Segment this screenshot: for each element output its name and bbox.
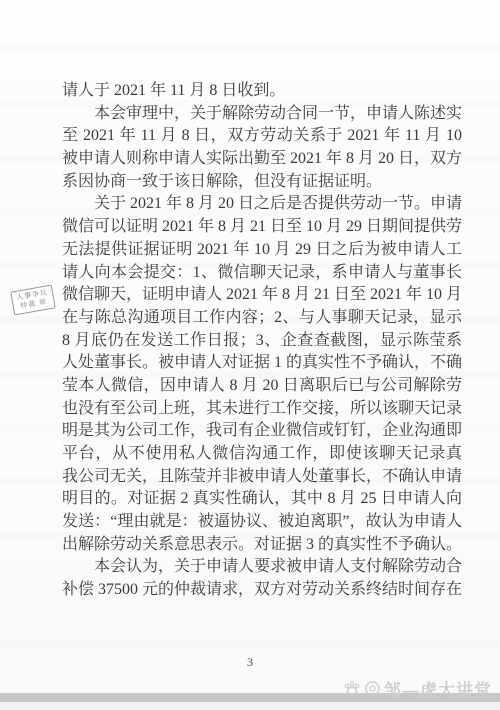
document-line: 系因协商一致于该日解除，但没有证据证明。 <box>62 171 462 194</box>
document-line: 明目的。对证据 2 真实性确认，其中 8 月 25 日申请人向艾晓慧 <box>62 488 462 511</box>
document-line: 请人于 2021 年 11 月 8 日收到。 <box>62 80 462 103</box>
document-line: 人处董事长。被申请人对证据 1 的真实性不予确认，不确认系陈 <box>62 352 462 375</box>
document-line: 被申请人则称申请人实际出勤至 2021 年 8 月 20 日，双方劳动关 <box>62 148 462 171</box>
document-line: 莹本人微信，因申请人 8 月 20 日离职后已与公司解除劳动关系， <box>62 375 462 398</box>
watermark-text: 邹—虎大讲堂 <box>384 676 492 701</box>
page-number: 3 <box>240 655 260 670</box>
scan-edge-margin <box>0 702 500 710</box>
watermark: 邹—虎大讲堂 <box>343 677 492 699</box>
document-line: 出解除劳动关系意思表示。对证据 3 的真实性不予确认。 <box>62 534 462 557</box>
document-line: 发送：“理由就是：被逼协议、被迫离职”，故认为申请人已经做 <box>62 511 462 534</box>
document-line: 请人向本会提交：1、微信聊天记录，系申请人与董事长陈莹的 <box>62 262 462 285</box>
document-line: 本会审理中，关于解除劳动合同一节，申请人陈述实际出勤 <box>62 103 462 126</box>
document-line: 微信可以证明 2021 年 8 月 21 日至 10 月 29 日期间提供劳动，… <box>62 216 462 239</box>
document-line: 明是其为公司工作，我司有企业微信或钉钉，企业沟通即时通讯 <box>62 420 462 443</box>
document-line: 我公司无关，且陈莹并非被申请人处董事长，不确认申请人的证 <box>62 466 462 489</box>
document-line: 本会认为，关于申请人要求被申请人支付解除劳动合同经济 <box>62 556 462 579</box>
document-line: 关于 2021 年 8 月 20 日之后是否提供劳动一节。申请人称有 <box>62 193 462 216</box>
document-line: 8 月底仍在发送工作日报；3、企查查截图，显示陈莹系被申请 <box>62 330 462 353</box>
document-line: 微信聊天，证明申请人 2021 年 8 月 21 日至 2021 年 10 月 … <box>62 284 462 307</box>
document-line: 平台，从不使用私人微信沟通工作，即使该聊天记录真实，也与 <box>62 443 462 466</box>
document-line: 无法提供证据证明 2021 年 10 月 29 日之后为被申请人工作。申 <box>62 239 462 262</box>
document-line: 也没有至公司上班，其未进行工作交接，所以该聊天记录不能证 <box>62 398 462 421</box>
paw-icon <box>343 679 361 697</box>
scanned-document-page: 人事争议 仲裁 章 请人于 2021 年 11 月 8 日收到。本会审理中，关于… <box>0 0 500 710</box>
document-line: 在与陈总沟通项目工作内容；2、与人事聊天记录，显示申请人 <box>62 307 462 330</box>
arbitration-stamp: 人事争议 仲裁 章 <box>10 285 56 316</box>
document-line: 补偿 37500 元的仲裁请求，双方对劳动关系终结时间存在争议， <box>62 579 462 602</box>
document-body: 请人于 2021 年 11 月 8 日收到。本会审理中，关于解除劳动合同一节，申… <box>62 80 462 602</box>
document-line: 至 2021 年 11 月 8 日，双方劳动关系于 2021 年 11 月 10… <box>62 125 462 148</box>
ring-icon <box>364 680 381 697</box>
